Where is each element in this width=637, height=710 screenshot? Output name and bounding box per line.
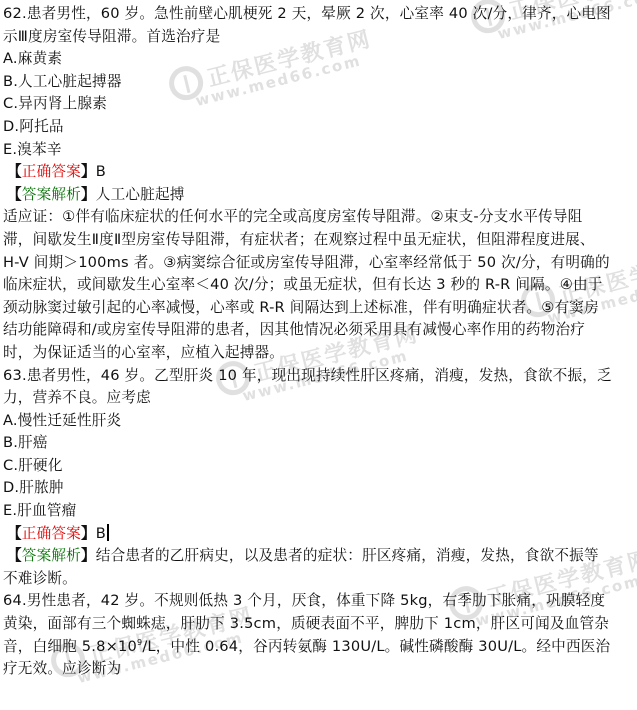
bracket-left: 【 — [7, 186, 22, 203]
question-stem-line: 男性患者，42 岁。不规则低热 3 个月，厌食，体重下降 5kg，右季肋下胀痛，… — [27, 592, 605, 609]
question-stem-line: 力，营养不良。应考虑 — [3, 387, 635, 410]
document-body: 62.患者男性，60 岁。急性前壁心肌梗死 2 天，晕厥 2 次，心室率 40 … — [3, 3, 635, 681]
option-e: E.肝血管瘤 — [3, 500, 635, 523]
analysis-detail-line: H-V 间期＞100ms 者。③病窦综合征或房室传导阻滞，心室率经常低于 50 … — [3, 252, 635, 275]
correct-answer-row: 【正确答案】B — [3, 161, 635, 184]
question-62: 62.患者男性，60 岁。急性前壁心肌梗死 2 天，晕厥 2 次，心室率 40 … — [3, 3, 635, 365]
analysis-label: 答案解析 — [22, 547, 81, 564]
analysis-detail-line: 适应证：①伴有临床症状的任何水平的完全或高度房室传导阻滞。②束支-分支水平传导阻 — [3, 206, 635, 229]
correct-answer-label: 正确答案 — [22, 525, 81, 542]
analysis-detail-line: 时，为保证适当的心室率，应植入起搏器。 — [3, 342, 635, 365]
question-63: 63.患者男性，46 岁。乙型肝炎 10 年，现出现持续性肝区疼痛，消瘦，发热，… — [3, 365, 635, 591]
correct-answer-value: B — [96, 525, 106, 542]
bracket-left: 【 — [7, 547, 22, 564]
question-stem-line: 示Ⅲ度房室传导阻滞。首选治疗是 — [3, 26, 635, 49]
analysis-text: 人工心脏起搏 — [96, 186, 185, 203]
bracket-left: 【 — [7, 525, 22, 542]
correct-answer-label: 正确答案 — [22, 163, 81, 180]
bracket-right: 】 — [81, 163, 96, 180]
question-stem: 63.患者男性，46 岁。乙型肝炎 10 年，现出现持续性肝区疼痛，消瘦，发热，… — [3, 365, 635, 388]
correct-answer-row: 【正确答案】B — [3, 523, 635, 546]
bracket-left: 【 — [7, 163, 22, 180]
analysis-label: 答案解析 — [22, 186, 81, 203]
text-cursor — [107, 524, 109, 541]
question-number: 64. — [3, 592, 27, 609]
option-d: D.阿托品 — [3, 116, 635, 139]
bracket-right: 】 — [81, 525, 96, 542]
question-number: 62. — [3, 5, 27, 22]
option-c: C.异丙肾上腺素 — [3, 93, 635, 116]
question-stem-line: 音，白细胞 5.8×109/L，中性 0.64，谷丙转氨酶 130U/L。碱性磷… — [3, 636, 635, 659]
question-stem: 64.男性患者，42 岁。不规则低热 3 个月，厌食，体重下降 5kg，右季肋下… — [3, 590, 635, 613]
option-a: A.麻黄素 — [3, 48, 635, 71]
analysis-detail-line: 滞，间歇发生Ⅱ度Ⅱ型房室传导阻滞，有症状者；在观察过程中虽无症状，但阻滞程度进展… — [3, 229, 635, 252]
analysis-detail-line: 结功能障碍和/或房室传导阻滞的患者，因其他情况必须采用具有减慢心率作用的药物治疗 — [3, 319, 635, 342]
analysis-detail-line: 不难诊断。 — [3, 568, 635, 591]
bracket-right: 】 — [81, 186, 96, 203]
stem-text: 音，白细胞 5.8×10 — [3, 638, 137, 655]
option-c: C.肝硬化 — [3, 455, 635, 478]
question-64: 64.男性患者，42 岁。不规则低热 3 个月，厌食，体重下降 5kg，右季肋下… — [3, 590, 635, 680]
correct-answer-value: B — [96, 163, 106, 180]
question-stem: 62.患者男性，60 岁。急性前壁心肌梗死 2 天，晕厥 2 次，心室率 40 … — [3, 3, 635, 26]
option-d: D.肝脓肿 — [3, 477, 635, 500]
analysis-text: 结合患者的乙肝病史，以及患者的症状：肝区疼痛，消瘦，发热，食欲不振等 — [96, 547, 599, 564]
option-e: E.溴苯辛 — [3, 139, 635, 162]
analysis-detail-line: 颈动脉窦过敏引起的心率减慢，心率或 R-R 间隔达到上述标准，伴有明确症状者。⑤… — [3, 297, 635, 320]
analysis-row: 【答案解析】结合患者的乙肝病史，以及患者的症状：肝区疼痛，消瘦，发热，食欲不振等 — [3, 545, 635, 568]
question-stem-line: 黄染，面部有三个蜘蛛痣，肝肋下 3.5cm，质硬表面不平，脾肋下 1cm，肝区可… — [3, 613, 635, 636]
analysis-detail-line: 临床症状，或间歇发生心室率＜40 次/分；或虽无症状，但有长达 3 秒的 R-R… — [3, 274, 635, 297]
question-stem-line: 患者男性，60 岁。急性前壁心肌梗死 2 天，晕厥 2 次，心室率 40 次/分… — [27, 5, 611, 22]
question-stem-line: 患者男性，46 岁。乙型肝炎 10 年，现出现持续性肝区疼痛，消瘦，发热，食欲不… — [27, 367, 612, 384]
option-b: B.肝癌 — [3, 432, 635, 455]
stem-text: /L，中性 0.64，谷丙转氨酶 130U/L。碱性磷酸酶 30U/L。经中西医… — [142, 638, 610, 655]
bracket-right: 】 — [81, 547, 96, 564]
question-number: 63. — [3, 367, 27, 384]
option-a: A.慢性迁延性肝炎 — [3, 410, 635, 433]
question-stem-line: 疗无效。应诊断为 — [3, 658, 635, 681]
analysis-row: 【答案解析】人工心脏起搏 — [3, 184, 635, 207]
option-b: B.人工心脏起搏器 — [3, 71, 635, 94]
